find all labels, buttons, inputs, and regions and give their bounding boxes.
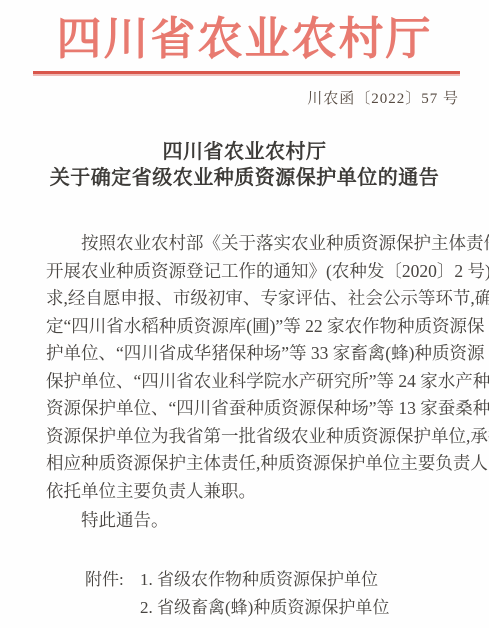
body-line: 资源保护单位为我省第一批省级农业种质资源保护单位,承担 bbox=[46, 423, 461, 451]
document-body: 按照农业农村部《关于落实农业种质资源保护主体责任 开展农业种质资源登记工作的通知… bbox=[46, 230, 461, 535]
attachments-label: 附件: bbox=[85, 566, 140, 595]
body-line: 相应种质资源保护主体责任,种质资源保护单位主要负责人由 bbox=[46, 450, 461, 478]
document-number: 川农函〔2022〕57 号 bbox=[0, 87, 489, 108]
document-title-line-2: 关于确定省级农业种质资源保护单位的通告 bbox=[0, 165, 489, 191]
attachment-row: 附件:1. 省级农作物种质资源保护单位 bbox=[85, 566, 461, 595]
attachment-item-1: 1. 省级农作物种质资源保护单位 bbox=[140, 570, 378, 589]
body-line: 保护单位、“四川省农业科学院水产研究所”等 24 家水产种质 bbox=[46, 368, 461, 396]
closing-statement: 特此通告。 bbox=[46, 507, 461, 535]
body-line: 定“四川省水稻种质资源库(圃)”等 22 家农作物种质资源保 bbox=[46, 313, 461, 341]
body-line: 求,经自愿申报、市级初审、专家评估、社会公示等环节,确 bbox=[46, 285, 461, 313]
letterhead-red-rule bbox=[33, 71, 460, 74]
body-line: 按照农业农村部《关于落实农业种质资源保护主体责任 bbox=[46, 230, 461, 258]
attachment-row: 2. 省级畜禽(蜂)种质资源保护单位 bbox=[85, 594, 461, 623]
body-line: 资源保护单位、“四川省蚕种质资源保种场”等 13 家蚕桑种质 bbox=[46, 395, 461, 423]
body-line: 护单位、“四川省成华猪保种场”等 33 家畜禽(蜂)种质资源 bbox=[46, 340, 461, 368]
attachments-list: 附件:1. 省级农作物种质资源保护单位 2. 省级畜禽(蜂)种质资源保护单位 bbox=[85, 566, 461, 623]
document-title: 四川省农业农村厅 关于确定省级农业种质资源保护单位的通告 bbox=[0, 139, 489, 191]
body-line: 依托单位主要负责人兼职。 bbox=[46, 478, 461, 506]
body-line: 开展农业种质资源登记工作的通知》(农种发〔2020〕2 号)要 bbox=[46, 258, 461, 286]
issuing-org-name: 四川省农业农村厅 bbox=[0, 13, 489, 66]
letterhead: 四川省农业农村厅 川农函〔2022〕57 号 bbox=[0, 0, 489, 108]
official-document-page: 四川省农业农村厅 川农函〔2022〕57 号 四川省农业农村厅 关于确定省级农业… bbox=[0, 0, 489, 628]
document-title-line-1: 四川省农业农村厅 bbox=[0, 139, 489, 165]
attachment-item-2: 2. 省级畜禽(蜂)种质资源保护单位 bbox=[140, 598, 389, 617]
